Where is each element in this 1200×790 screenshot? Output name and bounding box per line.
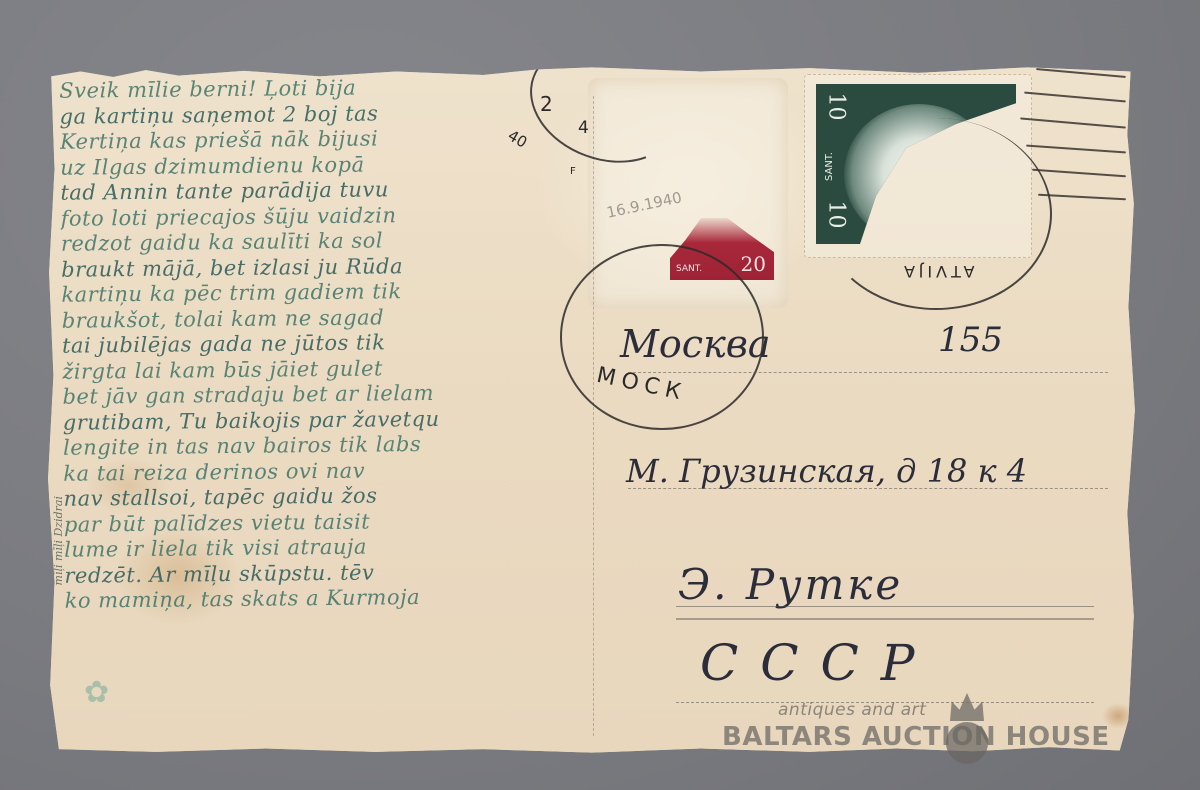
address-line <box>628 488 1108 489</box>
stamp-value-top: 10 <box>824 93 849 121</box>
handwritten-message: Sveik mīlie berni! Ļoti bijaga kartiņu s… <box>59 73 593 614</box>
watermark-tagline: antiques and art <box>778 700 926 720</box>
cancel-line <box>1036 68 1126 78</box>
clover-icon: ✿ <box>84 676 120 710</box>
postmark-latvia-text: ATVIJA <box>900 262 975 281</box>
address-line <box>676 618 1094 620</box>
address-recipient: Э. Рутке <box>678 560 903 609</box>
address-country: СССР <box>700 634 936 692</box>
cancel-line <box>1026 145 1126 154</box>
address-line <box>676 606 1094 607</box>
postcard: Sveik mīlie berni! Ļoti bijaga kartiņu s… <box>48 66 1136 754</box>
address-postal-district: 155 <box>938 320 1003 360</box>
address-street: М. Грузинская, д 18 к 4 <box>626 452 1027 490</box>
address-city: Москва <box>620 322 771 366</box>
margin-note: mīļi mīļi Dzidrai <box>52 496 72 585</box>
cancel-line <box>1032 169 1126 178</box>
postmark-latvia <box>820 118 1052 310</box>
message-line: ko mamiņa, tas skats a Kurmoja <box>65 583 593 614</box>
cancel-line <box>1038 194 1126 201</box>
cancel-line <box>1020 117 1126 128</box>
watermark-name: BALTARS AUCTION HOUSE <box>722 722 1110 752</box>
address-line <box>628 372 1108 373</box>
address-divider <box>593 96 594 736</box>
cancel-line <box>1024 92 1126 103</box>
postmark-suffix: F <box>570 166 576 177</box>
postmark-month: 4 <box>578 118 589 138</box>
postmark-day: 2 <box>540 92 553 116</box>
stamp-value: 20 <box>741 252 766 276</box>
